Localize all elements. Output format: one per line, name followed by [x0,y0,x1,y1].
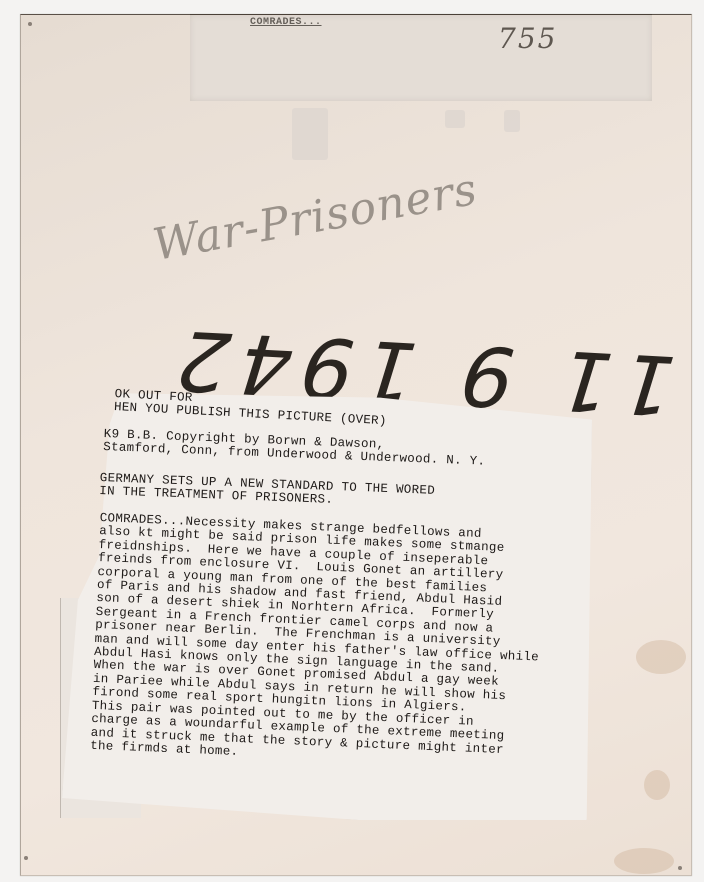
pin-hole [678,866,682,870]
glue-residue [445,110,465,128]
top-label-typed-text: COMRADES... [250,17,322,28]
glue-residue [504,110,520,132]
pin-hole [24,856,28,860]
water-stain [614,848,674,874]
clipping-body: COMRADES...Necessity makes strange bedfe… [90,512,544,772]
water-stain [636,640,686,674]
water-stain [644,770,670,800]
glue-residue [292,108,328,160]
top-paper-label: COMRADES... [190,14,652,101]
pin-hole [28,22,32,26]
handwritten-catalog-number: 755 [498,22,557,55]
